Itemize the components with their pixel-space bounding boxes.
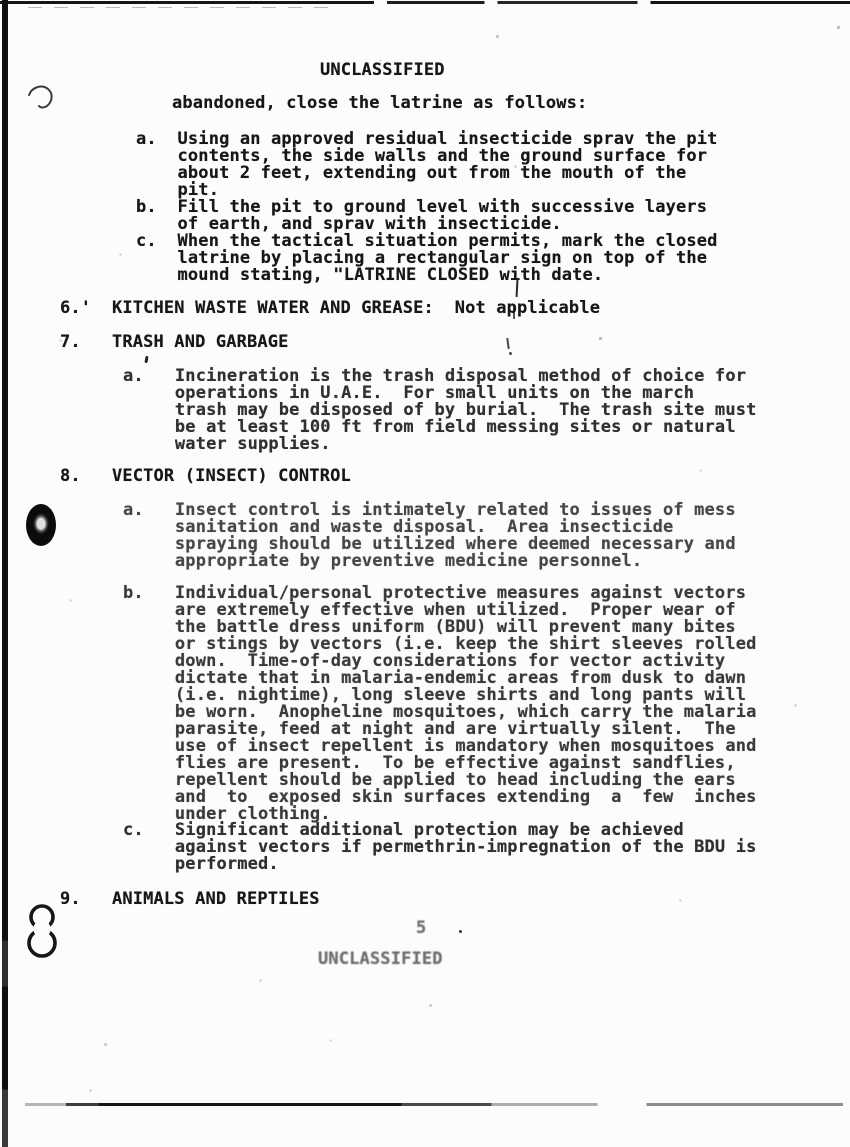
section-6-heading: 6.' KITCHEN WASTE WATER AND GREASE: Not …: [60, 300, 660, 318]
section-6-number: 6.': [60, 300, 91, 317]
scan-top-edge-dashes: [28, 7, 328, 8]
latrine-close-steps: a. Using an approved residual insecticid…: [136, 131, 718, 284]
section-8-heading: 8. VECTOR (INSECT) CONTROL: [60, 468, 460, 486]
section-7-heading: 7. TRASH AND GARBAGE: [60, 334, 460, 352]
handwritten-arc-mark: [26, 83, 56, 111]
section-8-number: 8.: [60, 468, 81, 485]
section-7-item-a: a. Incineration is the trash disposal me…: [123, 368, 756, 453]
scan-top-edge-line: [0, 1, 850, 4]
section-8-title: VECTOR (INSECT) CONTROL: [112, 468, 351, 485]
section-8-item-b: b. Individual/personal protective measur…: [123, 585, 756, 823]
section-9-heading: 9. ANIMALS AND REPTILES: [60, 891, 460, 909]
section-8-item-c: c. Significant additional protection may…: [123, 822, 756, 873]
classification-footer: UNCLASSIFIED: [318, 951, 443, 968]
section-9-number: 9.: [60, 891, 81, 908]
section-8-item-a: a. Insect control is intimately related …: [123, 502, 736, 570]
section-6-title: KITCHEN WASTE WATER AND GREASE: Not appl…: [112, 300, 600, 317]
stray-ink-tick: [506, 338, 510, 349]
scanned-document-page: UNCLASSIFIED abandoned, close the latrin…: [0, 0, 850, 1147]
scan-noise-speckles: [0, 0, 1, 1]
scan-bottom-streak-line: [25, 1103, 843, 1106]
scan-left-edge-bar: [2, 0, 8, 1147]
stray-ink-dot: [509, 352, 512, 355]
page-number: 5: [416, 920, 426, 937]
section-7-number: 7.: [60, 334, 81, 351]
intro-line: abandoned, close the latrine as follows:: [172, 95, 587, 112]
binder-ring-mark: [26, 902, 58, 962]
stray-ink-dot: [459, 930, 462, 933]
classification-header: UNCLASSIFIED: [320, 62, 445, 79]
stray-apostrophe-mark: [144, 356, 148, 363]
section-7-title: TRASH AND GARBAGE: [112, 334, 289, 351]
ink-blob-mark: [26, 504, 56, 546]
section-9-title: ANIMALS AND REPTILES: [112, 891, 320, 908]
